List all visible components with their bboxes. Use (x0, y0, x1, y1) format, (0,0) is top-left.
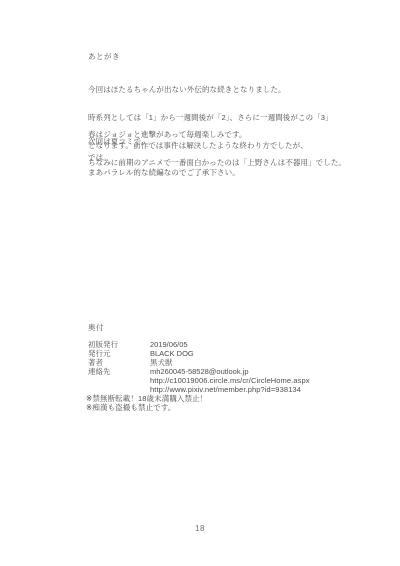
afterword-paragraph-3: 次回は夏コミで。 (88, 137, 149, 146)
pixiv-url: http://www.pixiv.net/member.php?id=93813… (150, 385, 301, 394)
page-number: 18 (0, 524, 400, 533)
paragraph-line: ちなみに前期のアニメで一番面白かったのは「上野さんは不器用」でした。 (88, 158, 346, 167)
colophon-row: 連絡先 mh260045-58528@outlook.jp (88, 367, 249, 376)
circle-homepage-url: http://c10019006.circle.ms/cr/CircleHome… (150, 376, 310, 385)
afterword-paragraph-2: 春はジョジョと進撃があって毎週楽しみです。 ちなみに前期のアニメで一番面白かった… (88, 112, 346, 186)
colophon-value: 2019/06/05 (150, 340, 188, 349)
document-page: あとがき 今回はほたるちゃんが出ない外伝的な続きとなりました。 時系列としては「… (0, 0, 400, 566)
colophon-heading: 奥付 (88, 322, 104, 333)
colophon-label: 発行元 (88, 349, 150, 358)
colophon-value: 黒犬獣 (150, 358, 173, 367)
notice-disclaimer: ※痴漢も盗撮も禁止です。 (86, 403, 175, 412)
contact-email: mh260045-58528@outlook.jp (150, 367, 249, 376)
colophon-row: 著者 黒犬獣 (88, 358, 173, 367)
colophon-row: 初版発行 2019/06/05 (88, 340, 188, 349)
colophon-row: 発行元 BLACK DOG (88, 349, 194, 358)
colophon-label: 連絡先 (88, 367, 150, 376)
colophon-label: 著者 (88, 358, 150, 367)
notice-no-reprint: ※禁無断転載！18歳未満購入禁止！ (86, 394, 207, 403)
paragraph-line: 今回はほたるちゃんが出ない外伝的な続きとなりました。 (88, 85, 333, 94)
colophon-value: BLACK DOG (150, 349, 194, 358)
afterword-paragraph-4: では。 (88, 153, 111, 162)
afterword-heading: あとがき (88, 51, 120, 62)
colophon-label: 初版発行 (88, 340, 150, 349)
